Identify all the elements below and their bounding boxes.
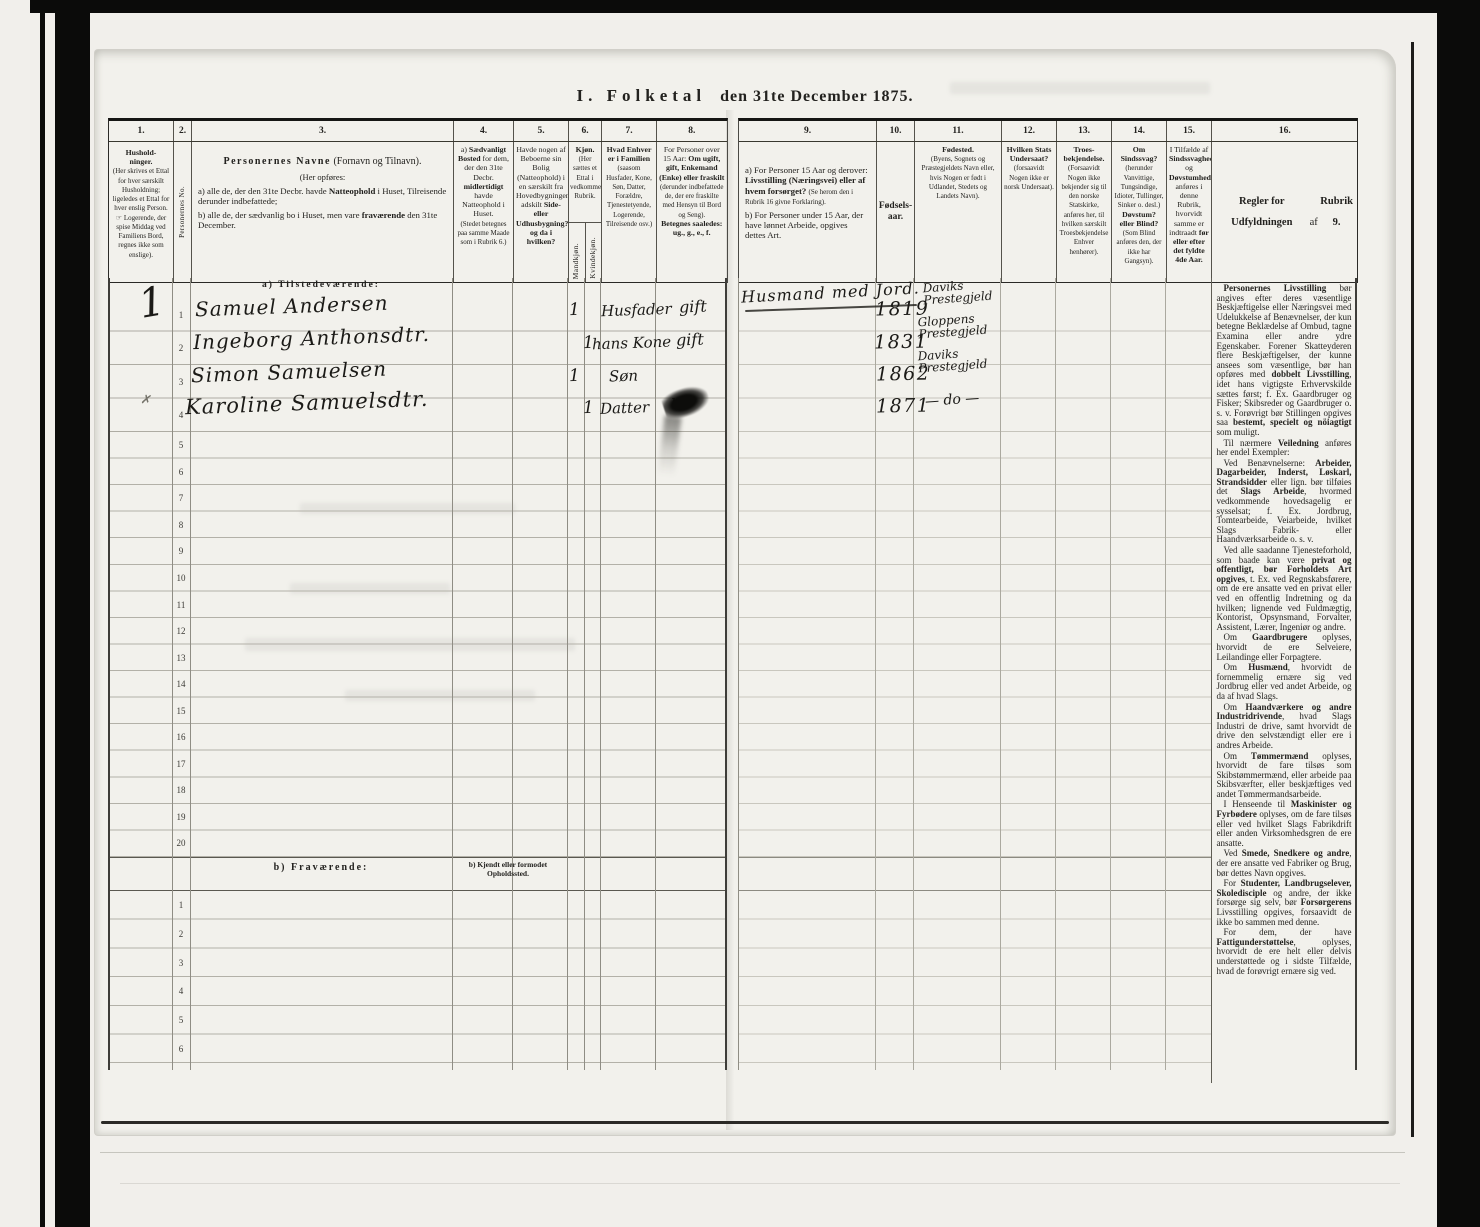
page-title-part1: I. Folketal	[577, 86, 707, 105]
grid-line	[584, 278, 585, 1070]
column-number: 4.	[453, 121, 513, 141]
column-header-statsundersaat: Hvilken Stats Undersaat?(forsaavidt Noge…	[1001, 142, 1056, 282]
kjon-description: Kjøn.(Her sættes et Ettal i vedkommende …	[569, 142, 601, 223]
row-number: 6	[172, 459, 190, 486]
grid-line	[1000, 278, 1001, 1070]
row-number: 3	[172, 365, 190, 399]
row-number: 5	[172, 432, 190, 459]
rules-paragraph: Personernes Livsstilling bør angives eft…	[1217, 284, 1352, 438]
rules-paragraph: Ved alle saadanne Tjenesteforhold, som b…	[1217, 546, 1352, 632]
entry-sex-male-mark: 1	[569, 300, 581, 320]
grid-line	[655, 278, 656, 1070]
grid-line	[567, 278, 568, 1070]
column-number: 10.	[876, 121, 914, 141]
column-number-row-right: 9.10.11.12.13.14.15.16.	[739, 121, 1357, 142]
column-number: 12.	[1001, 121, 1056, 141]
grid-line	[725, 278, 727, 1070]
row-number: 15	[172, 697, 190, 724]
row-number: 20	[172, 830, 190, 857]
row-number: 2	[172, 332, 190, 366]
row-number: 6	[172, 1034, 190, 1063]
entry-birth-year: 1871	[876, 395, 931, 418]
scan-border-top	[30, 0, 1480, 13]
table-header-left: 1.2.3.4.5.6.7.8. Hushold-ninger.(Her skr…	[108, 118, 728, 283]
mandkjon-label: Mandkjøn.	[572, 243, 581, 279]
column-header-husholdninger: Hushold-ninger.(Her skrives et Ettal for…	[109, 142, 173, 282]
column-header-kjon: Kjøn.(Her sættes et Ettal i vedkommende …	[568, 142, 601, 282]
column-number: 8.	[656, 121, 727, 141]
column-description-row-left: Hushold-ninger.(Her skrives et Ettal for…	[109, 142, 727, 283]
row-number: 9	[172, 538, 190, 565]
row-number: 1	[172, 298, 190, 332]
scanned-census-page: I. Folketalden 31te December 1875. 1.2.3…	[0, 0, 1480, 1227]
column-header-udhusbygning: Havde nogen af Beboerne sin Bolig (Natte…	[513, 142, 568, 282]
table-header-right: 9.10.11.12.13.14.15.16. a) For Personer …	[738, 118, 1358, 283]
row-number: 18	[172, 777, 190, 804]
grid-line	[1165, 278, 1166, 1070]
grid-line	[108, 278, 110, 1070]
entry-birthplace: DaviksPrestegjeld	[917, 346, 988, 375]
column-number: 1.	[109, 121, 173, 141]
census-form-sheet: I. Folketalden 31te December 1875. 1.2.3…	[95, 50, 1395, 1135]
column-number: 9.	[739, 121, 876, 141]
grid-line	[600, 278, 601, 1070]
row-number: 7	[172, 485, 190, 512]
column-header-livsstilling: a) For Personer 15 Aar og derover: Livss…	[739, 142, 876, 282]
column-header-familiestilling: Hvad Enhver er i Familien(saasom Husfade…	[601, 142, 656, 282]
scan-border-left	[55, 0, 90, 1227]
rules-paragraph: Om Tømmermænd oplyses, hvorvidt de fare …	[1217, 752, 1352, 800]
column-header-civilstand: For Personer over 15 Aar: Om ugift, gift…	[656, 142, 727, 282]
entry-family-role: Husfader	[601, 300, 672, 320]
page-title-part2: den 31te December 1875.	[720, 88, 913, 105]
column-number: 6.	[568, 121, 601, 141]
column-number: 11.	[914, 121, 1001, 141]
row-number: 1	[172, 891, 190, 920]
column-header-troesbekjendelse: Troes-bekjendelse.(Forsaavidt Nogen ikke…	[1056, 142, 1111, 282]
absent-rows-band	[108, 891, 726, 1063]
entry-marital-status: gift	[679, 297, 707, 317]
row-number: 14	[172, 671, 190, 698]
row-number: 13	[172, 644, 190, 671]
entry-marital-status: gift	[676, 330, 704, 350]
section-label-absent: b) Fraværende:	[190, 862, 452, 873]
entry-sex-female-mark: 1	[583, 398, 595, 418]
entry-family-role: hans Kone	[592, 333, 672, 354]
page-title: I. Folketalden 31te December 1875.	[95, 86, 1395, 106]
printed-bottom-rule	[101, 1121, 1389, 1124]
column-number-row-left: 1.2.3.4.5.6.7.8.	[109, 121, 727, 142]
row-numbers-5-20: 567891011121314151617181920	[172, 432, 190, 857]
page-stack-line	[100, 1152, 1405, 1153]
entry-birthplace: DaviksPrestegjeld	[922, 278, 993, 307]
scan-border-right	[1437, 0, 1480, 1227]
page-stack-line	[120, 1183, 1400, 1184]
column-header-personernes-navne: Personernes Navne (Fornavn og Tilnavn).(…	[191, 142, 453, 282]
rules-paragraph: Om Haandværkere og andre Industridrivend…	[1217, 703, 1352, 751]
row-number: 8	[172, 512, 190, 539]
column-number: 2.	[173, 121, 191, 141]
column-header-saedvanligt-bosted: a) Sædvanligt Bosted for dem, der den 31…	[453, 142, 513, 282]
empty-rows-band	[108, 432, 726, 857]
column-number: 13.	[1056, 121, 1111, 141]
column-number: 14.	[1111, 121, 1166, 141]
rules-for-rubrik9-text: Personernes Livsstilling bør angives eft…	[1211, 278, 1356, 1083]
column-header-fodselsaar: Fødsels-aar.	[876, 142, 914, 282]
grid-line	[512, 278, 513, 1070]
row-numbers-absent-1-6: 123456	[172, 891, 190, 1063]
column-header-fodested: Fødested.(Byens, Sognets og Præstegjelde…	[914, 142, 1001, 282]
entry-sex-male-mark: 1	[569, 366, 581, 386]
column-number: 5.	[513, 121, 568, 141]
entry-family-role: Søn	[609, 367, 639, 386]
rules-paragraph: For dem, der have Fattigunderstøttelse, …	[1217, 928, 1352, 976]
row-number: 17	[172, 751, 190, 778]
column-number: 15.	[1166, 121, 1211, 141]
column-number: 7.	[601, 121, 656, 141]
grid-line	[738, 278, 739, 1070]
row-number: 10	[172, 565, 190, 592]
rules-paragraph: Om Gaardbrugere oplyses, hvorvidt de ere…	[1217, 633, 1352, 662]
rules-paragraph: Ved Smede, Snedkere og andre, der ere an…	[1217, 849, 1352, 878]
column-header-sindssvag: Om Sindssvag?(herunder Vanvittige, Tungs…	[1111, 142, 1166, 282]
page-edge-line-right	[1411, 42, 1414, 1137]
column-header-regler-rubrik9: Regler for UdfyldningenafRubrik 9.	[1211, 142, 1358, 282]
entry-family-role: Datter	[600, 398, 650, 418]
kvindekjon-label: Kvindekjøn.	[589, 237, 598, 279]
rules-paragraph: Ved Benævnelserne: Arbeider, Dagarbeider…	[1217, 459, 1352, 545]
grid-line	[1110, 278, 1111, 1070]
grid-line	[452, 278, 453, 1070]
rules-paragraph: Om Husmænd, hvorvidt de fornemmelig ernæ…	[1217, 663, 1352, 701]
row-number: 3	[172, 948, 190, 977]
column-number: 16.	[1211, 121, 1358, 141]
column-description-row-right: a) For Personer 15 Aar og derover: Livss…	[739, 142, 1357, 283]
row-number: 2	[172, 920, 190, 949]
rules-paragraph: For Studenter, Landbrugselever, Skoledis…	[1217, 879, 1352, 927]
row-number: 12	[172, 618, 190, 645]
row-number: 11	[172, 591, 190, 618]
section-label-present: a) Tilstedeværende:	[190, 280, 452, 290]
column-header-personernes-no: Personernes No.	[173, 142, 191, 282]
vertical-label: Personernes No.	[178, 186, 186, 238]
rules-paragraph: Til nærmere Veiledning anføres her endel…	[1217, 439, 1352, 458]
entry-birthplace: — do —	[925, 392, 980, 408]
entry-birthplace: GloppensPrestegjeld	[917, 312, 988, 341]
absent-note: b) Kjendt eller formodet Opholdssted.	[451, 860, 565, 879]
row-number: 4	[172, 977, 190, 1006]
rules-paragraph: I Henseende til Maskinister og Fyrbødere…	[1217, 800, 1352, 848]
row-number: 16	[172, 724, 190, 751]
row-number: 5	[172, 1006, 190, 1035]
row-number: 19	[172, 804, 190, 831]
grid-line	[1055, 278, 1056, 1070]
column-header-tilfaelde: I Tilfælde af Sindssvaghed og Døvstumhed…	[1166, 142, 1211, 282]
scan-border-left-thin	[40, 0, 45, 1227]
column-number: 3.	[191, 121, 453, 141]
